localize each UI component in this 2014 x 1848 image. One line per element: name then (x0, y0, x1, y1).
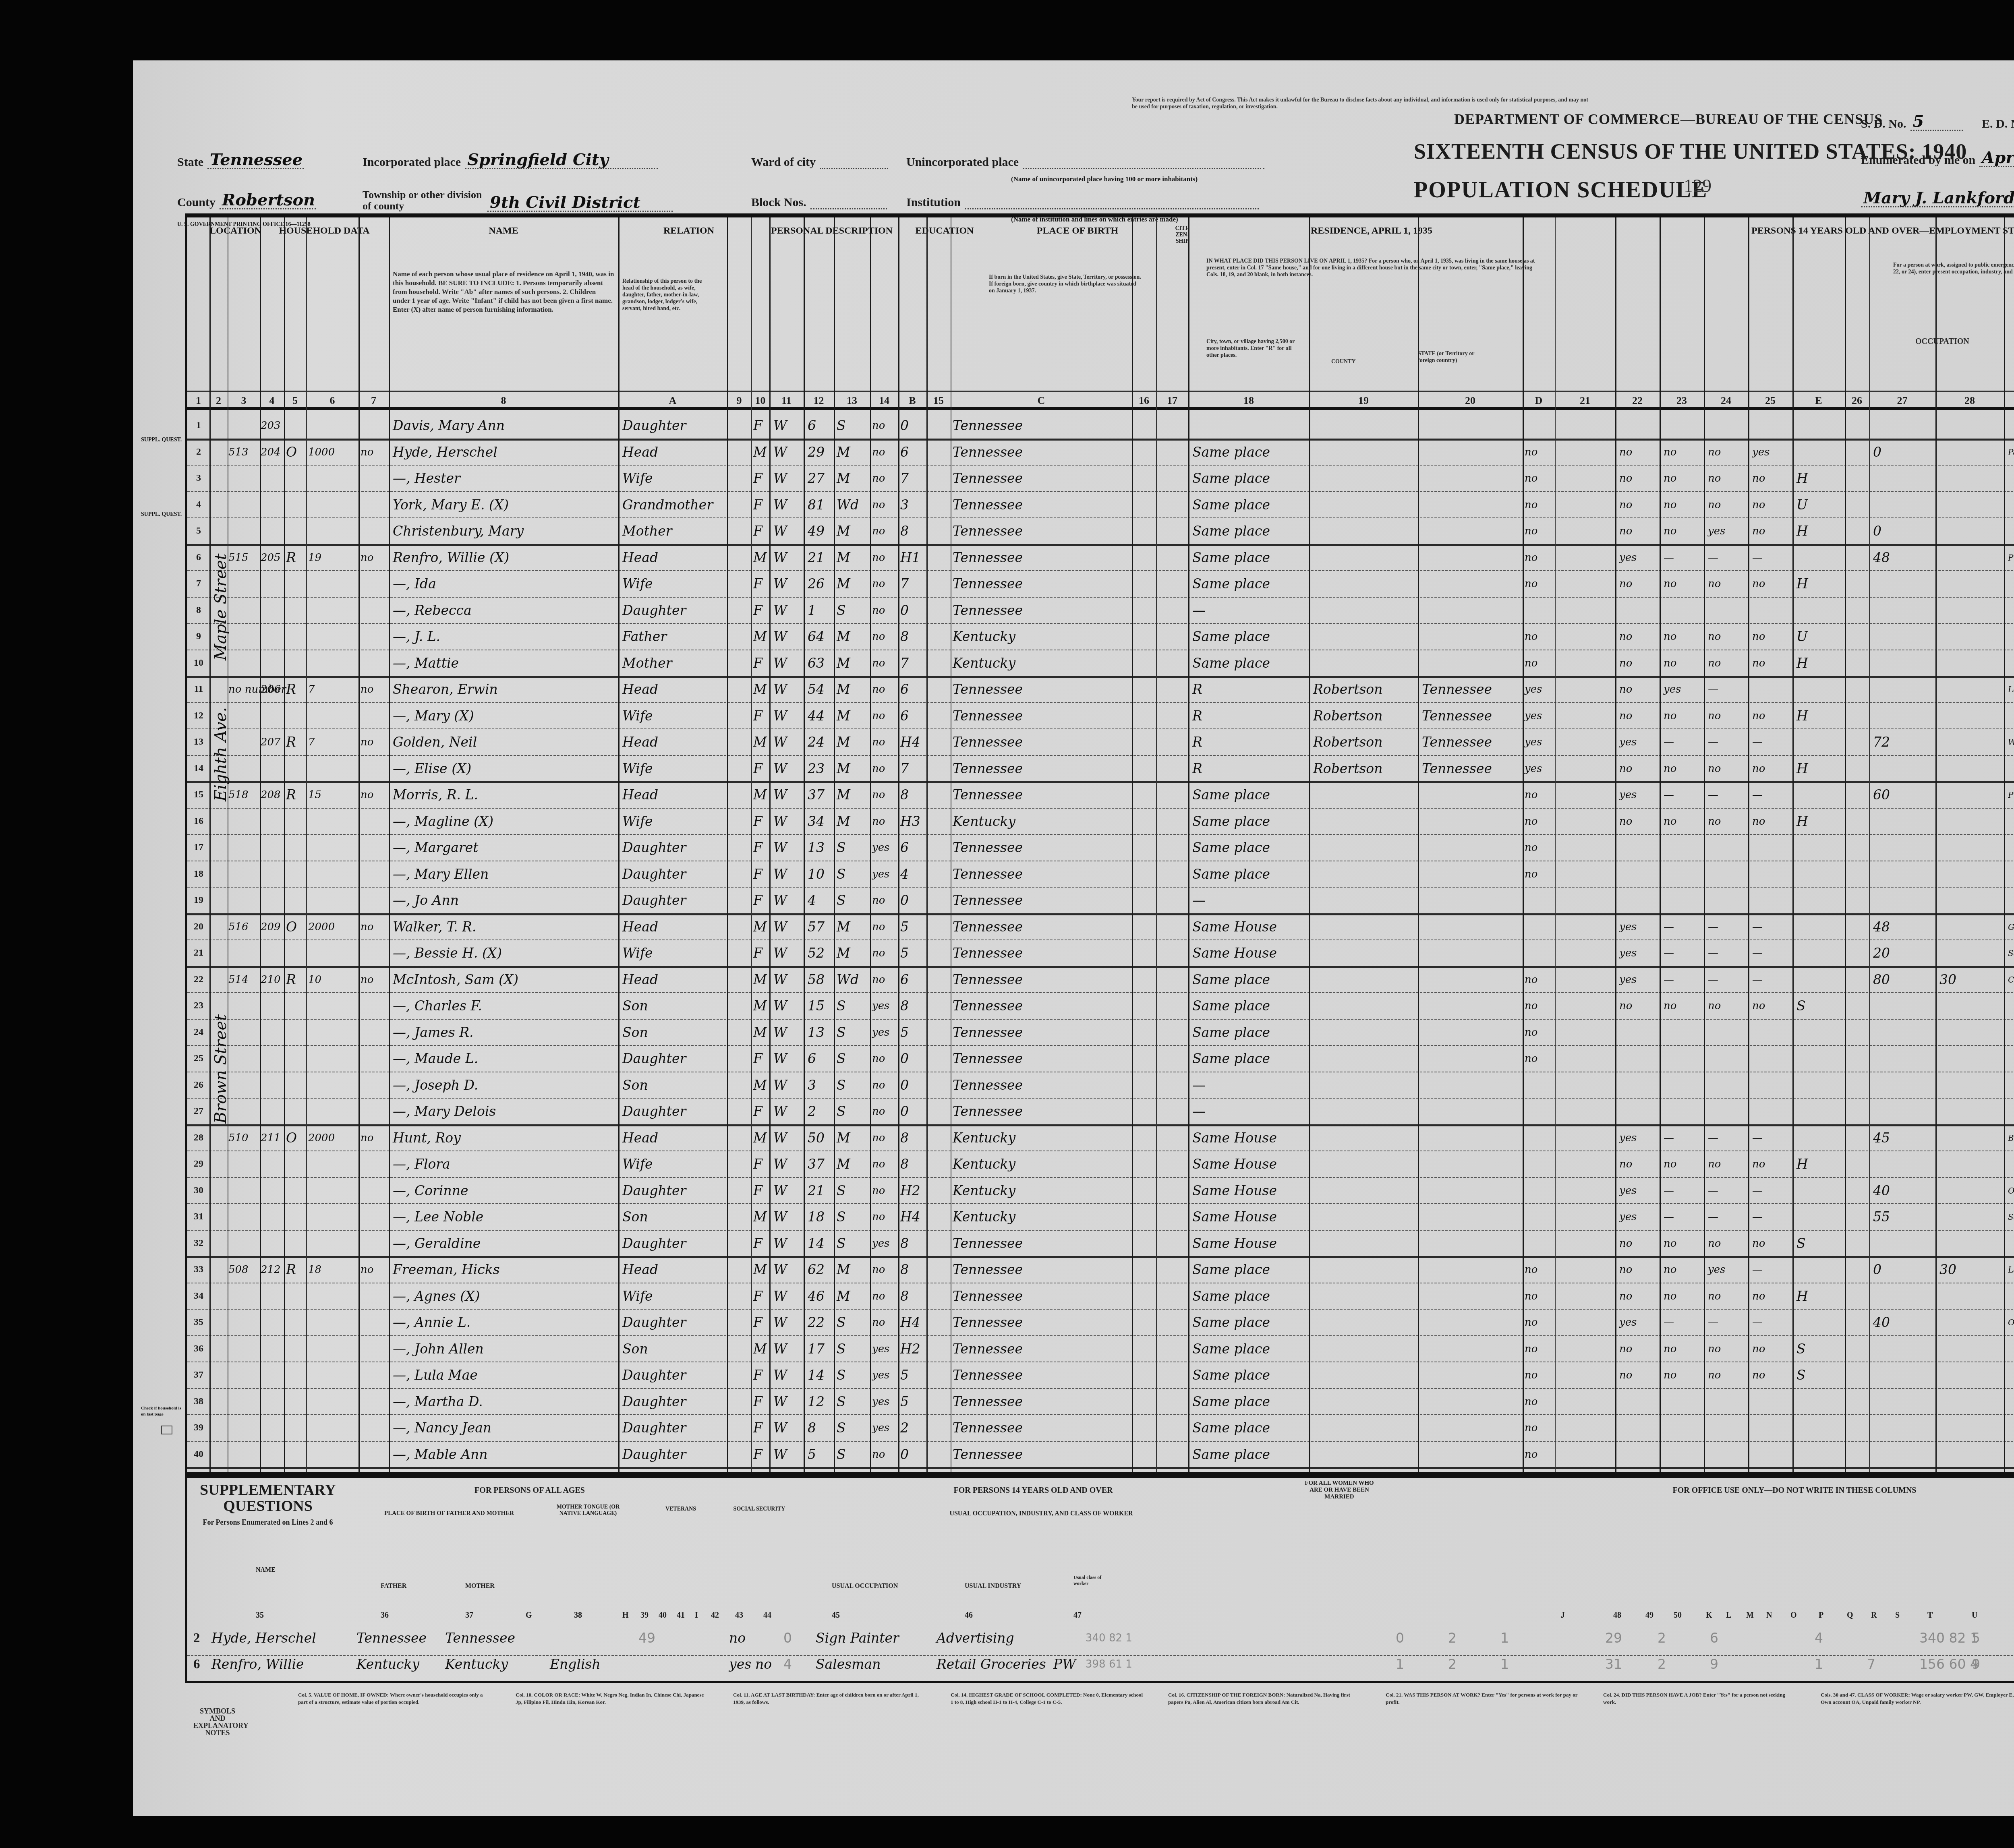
cell-emp-2[interactable]: — (1708, 1210, 1718, 1224)
cell-emp-2[interactable]: no (1708, 1342, 1721, 1356)
cell-r20[interactable]: no (1525, 1025, 1537, 1040)
cell-emp-4[interactable]: S (1796, 1236, 1806, 1251)
cell-res_county[interactable]: Robertson (1313, 682, 1382, 697)
cell-value[interactable]: 10 (308, 973, 321, 987)
cell-emp-1[interactable]: no (1664, 999, 1676, 1013)
cell-emp-0[interactable]: yes (1619, 920, 1637, 934)
cell-emp-2[interactable]: — (1708, 946, 1718, 960)
cell-name[interactable]: Shearon, Erwin (393, 682, 498, 697)
cell-age[interactable]: 26 (808, 577, 825, 591)
cell-birth[interactable]: Tennessee (953, 418, 1023, 433)
cell-birth[interactable]: Kentucky (953, 1157, 1015, 1171)
cell-grade[interactable]: H3 (900, 814, 920, 829)
cell-r20[interactable]: no (1525, 1421, 1537, 1435)
cell-emp-4[interactable]: H (1796, 1289, 1808, 1304)
cell-school[interactable]: yes (872, 1421, 889, 1435)
cell-emp-2[interactable]: no (1708, 656, 1721, 670)
cell-name[interactable]: —, Martha D. (393, 1395, 483, 1409)
cell-occ[interactable]: Operator (2008, 1315, 2014, 1330)
supp-cell-office-6[interactable]: 6 (1710, 1631, 1718, 1645)
cell-name[interactable]: —, Lee Noble (393, 1210, 483, 1224)
cell-grade[interactable]: 0 (900, 1447, 909, 1462)
cell-emp-0[interactable]: no (1619, 709, 1632, 723)
cell-emp-2[interactable]: no (1708, 577, 1721, 591)
cell-age[interactable]: 6 (808, 1051, 816, 1066)
cell-tenure[interactable]: R (286, 1262, 296, 1277)
cell-grade[interactable]: 6 (900, 682, 909, 697)
supp-cell-usual_occ[interactable]: Sign Painter (816, 1631, 899, 1645)
cell-age[interactable]: 54 (808, 682, 825, 697)
cell-r20[interactable]: no (1525, 629, 1537, 644)
state-field[interactable]: State Tennessee (177, 153, 304, 169)
cell-visit[interactable]: 207 (261, 735, 281, 749)
cell-res1935[interactable]: Same place (1192, 999, 1270, 1013)
cell-occ[interactable]: Garage Mechanic (2008, 920, 2014, 934)
cell-occ[interactable]: Saleslady (2008, 946, 2014, 960)
cell-race[interactable]: W (773, 946, 787, 960)
cell-sex[interactable]: F (753, 1315, 763, 1330)
supp-cell-usual_cls[interactable]: PW (1053, 1657, 1076, 1672)
cell-name[interactable]: Renfro, Willie (X) (393, 550, 509, 565)
cell-rel[interactable]: Daughter (622, 867, 686, 882)
cell-r20[interactable]: no (1525, 1051, 1537, 1066)
cell-grade[interactable]: 3 (900, 498, 909, 512)
cell-tenure[interactable]: O (286, 920, 297, 934)
cell-emp-4[interactable]: H (1796, 471, 1808, 486)
cell-emp-1[interactable]: no (1664, 629, 1676, 644)
cell-race[interactable]: W (773, 1447, 787, 1462)
cell-school[interactable]: no (872, 629, 885, 644)
cell-res1935[interactable]: Same place (1192, 1025, 1270, 1040)
cell-emp-2[interactable]: no (1708, 629, 1721, 644)
cell-res_state[interactable]: Tennessee (1422, 682, 1492, 697)
cell-race[interactable]: W (773, 629, 787, 644)
cell-grade[interactable]: 7 (900, 471, 909, 486)
cell-ms[interactable]: M (837, 788, 850, 802)
cell-sex[interactable]: F (753, 893, 763, 908)
cell-rel[interactable]: Mother (622, 524, 672, 538)
cell-name[interactable]: —, J. L. (393, 629, 440, 644)
cell-name[interactable]: Christenbury, Mary (393, 524, 524, 538)
cell-hours[interactable]: 0 (1873, 524, 1881, 538)
cell-ms[interactable]: S (837, 867, 846, 882)
enumeration-date-field[interactable]: Enumerated by me on April 10 1940. (1861, 151, 2014, 167)
cell-farm[interactable]: no (361, 682, 373, 697)
cell-emp-3[interactable]: — (1752, 946, 1763, 960)
cell-school[interactable]: no (872, 920, 885, 934)
cell-sex[interactable]: M (753, 1131, 767, 1145)
cell-emp-1[interactable]: — (1664, 1210, 1674, 1224)
cell-race[interactable]: W (773, 1368, 787, 1382)
cell-rel[interactable]: Head (622, 735, 658, 749)
cell-grade[interactable]: 5 (900, 1025, 909, 1040)
cell-race[interactable]: W (773, 498, 787, 512)
cell-ms[interactable]: M (837, 814, 850, 829)
cell-r20[interactable]: no (1525, 656, 1537, 670)
cell-school[interactable]: no (872, 524, 885, 538)
unincorporated-place-field[interactable]: Unincorporated place (906, 153, 1264, 169)
cell-name[interactable]: —, Jo Ann (393, 893, 459, 908)
cell-emp-1[interactable]: no (1664, 577, 1676, 591)
supp-cell-code[interactable]: 340 82 1 (1086, 1631, 1132, 1645)
cell-race[interactable]: W (773, 550, 787, 565)
supp-cell-name[interactable]: Hyde, Herschel (211, 1631, 316, 1645)
cell-r20[interactable]: no (1525, 1289, 1537, 1304)
cell-sex[interactable]: F (753, 1051, 763, 1066)
cell-sex[interactable]: F (753, 867, 763, 882)
cell-race[interactable]: W (773, 762, 787, 776)
cell-rel[interactable]: Daughter (622, 1395, 686, 1409)
cell-res1935[interactable]: Same place (1192, 577, 1270, 591)
cell-r20[interactable]: no (1525, 1262, 1537, 1277)
cell-visit[interactable]: 204 (261, 445, 281, 459)
cell-emp-1[interactable]: — (1664, 550, 1674, 565)
cell-emp-1[interactable]: no (1664, 1157, 1676, 1171)
cell-school[interactable]: no (872, 418, 885, 433)
cell-rel[interactable]: Son (622, 999, 648, 1013)
cell-school[interactable]: no (872, 1104, 885, 1119)
cell-birth[interactable]: Tennessee (953, 1342, 1023, 1356)
cell-res1935[interactable]: R (1192, 682, 1202, 697)
cell-emp-0[interactable]: no (1619, 762, 1632, 776)
cell-res1935[interactable]: Same House (1192, 1236, 1277, 1251)
cell-emp-4[interactable]: H (1796, 762, 1808, 776)
cell-age[interactable]: 37 (808, 788, 825, 802)
cell-emp-0[interactable]: no (1619, 524, 1632, 538)
cell-res1935[interactable]: Same place (1192, 788, 1270, 802)
cell-hours[interactable]: 40 (1873, 1315, 1890, 1330)
cell-race[interactable]: W (773, 603, 787, 618)
cell-hours[interactable]: 40 (1873, 1184, 1890, 1198)
cell-rel[interactable]: Daughter (622, 893, 686, 908)
cell-birth[interactable]: Tennessee (953, 946, 1023, 960)
cell-res1935[interactable]: Same place (1192, 471, 1270, 486)
cell-visit[interactable]: 211 (261, 1131, 281, 1145)
cell-r20[interactable]: no (1525, 1315, 1537, 1330)
cell-birth[interactable]: Tennessee (953, 1025, 1023, 1040)
cell-r20[interactable]: no (1525, 577, 1537, 591)
cell-birth[interactable]: Tennessee (953, 788, 1023, 802)
cell-sex[interactable]: M (753, 682, 767, 697)
cell-ms[interactable]: S (837, 1236, 846, 1251)
cell-emp-2[interactable]: — (1708, 1184, 1718, 1198)
cell-ms[interactable]: M (837, 471, 850, 486)
cell-rel[interactable]: Daughter (622, 1184, 686, 1198)
cell-emp-3[interactable]: — (1752, 1262, 1763, 1277)
cell-birth[interactable]: Kentucky (953, 656, 1015, 670)
cell-grade[interactable]: H4 (900, 1315, 920, 1330)
cell-emp-0[interactable]: no (1619, 1157, 1632, 1171)
cell-rel[interactable]: Son (622, 1342, 648, 1356)
cell-emp-1[interactable]: no (1664, 656, 1676, 670)
cell-visit[interactable]: 210 (261, 973, 281, 987)
cell-r20[interactable]: yes (1525, 709, 1542, 723)
cell-emp-3[interactable]: — (1752, 735, 1763, 749)
cell-ms[interactable]: M (837, 445, 850, 459)
cell-res1935[interactable]: Same place (1192, 1368, 1270, 1382)
cell-house[interactable]: 518 (228, 788, 249, 802)
cell-grade[interactable]: 6 (900, 840, 909, 855)
cell-emp-0[interactable]: yes (1619, 973, 1637, 987)
cell-age[interactable]: 44 (808, 709, 825, 723)
cell-emp-3[interactable]: no (1752, 814, 1765, 829)
cell-emp-1[interactable]: no (1664, 709, 1676, 723)
cell-emp-3[interactable]: no (1752, 629, 1765, 644)
cell-age[interactable]: 64 (808, 629, 825, 644)
supp-cell-office-11[interactable]: 5 (1972, 1631, 1980, 1645)
cell-hours[interactable]: 60 (1873, 788, 1890, 802)
cell-r20[interactable]: yes (1525, 762, 1542, 776)
cell-school[interactable]: yes (872, 999, 889, 1013)
cell-r20[interactable]: no (1525, 498, 1537, 512)
cell-age[interactable]: 2 (808, 1104, 816, 1119)
cell-school[interactable]: yes (872, 1342, 889, 1356)
cell-emp-3[interactable]: — (1752, 788, 1763, 802)
cell-school[interactable]: no (872, 656, 885, 670)
cell-name[interactable]: —, Annie L. (393, 1315, 470, 1330)
cell-race[interactable]: W (773, 524, 787, 538)
cell-school[interactable]: no (872, 893, 885, 908)
cell-birth[interactable]: Tennessee (953, 577, 1023, 591)
cell-name[interactable]: —, Hester (393, 471, 460, 486)
cell-grade[interactable]: 7 (900, 577, 909, 591)
cell-birth[interactable]: Tennessee (953, 973, 1023, 987)
cell-emp-3[interactable]: no (1752, 524, 1765, 538)
cell-sex[interactable]: F (753, 1184, 763, 1198)
cell-birth[interactable]: Tennessee (953, 920, 1023, 934)
cell-race[interactable]: W (773, 893, 787, 908)
cell-rel[interactable]: Mother (622, 656, 672, 670)
cell-grade[interactable]: 8 (900, 1131, 909, 1145)
cell-school[interactable]: no (872, 814, 885, 829)
cell-birth[interactable]: Tennessee (953, 1447, 1023, 1462)
cell-ms[interactable]: M (837, 1131, 850, 1145)
cell-house[interactable]: 515 (228, 550, 249, 565)
cell-res1935[interactable]: Same House (1192, 1210, 1277, 1224)
cell-emp-4[interactable]: H (1796, 709, 1808, 723)
cell-hours[interactable]: 20 (1873, 946, 1890, 960)
cell-grade[interactable]: 0 (900, 418, 909, 433)
cell-emp-1[interactable]: — (1664, 735, 1674, 749)
cell-res_county[interactable]: Robertson (1313, 735, 1382, 749)
cell-emp-1[interactable]: no (1664, 445, 1676, 459)
cell-name[interactable]: Hyde, Herschel (393, 445, 497, 459)
cell-sex[interactable]: M (753, 788, 767, 802)
cell-emp-1[interactable]: — (1664, 1184, 1674, 1198)
cell-grade[interactable]: 4 (900, 867, 909, 882)
cell-birth[interactable]: Tennessee (953, 840, 1023, 855)
cell-ms[interactable]: Wd (837, 498, 859, 512)
cell-rel[interactable]: Wife (622, 471, 653, 486)
supp-cell-office-2[interactable]: 1 (1500, 1657, 1509, 1672)
cell-r20[interactable]: no (1525, 1395, 1537, 1409)
cell-emp-4[interactable]: U (1796, 629, 1808, 644)
cell-occ[interactable]: Proprietor (2008, 788, 2014, 802)
cell-emp-2[interactable]: — (1708, 1131, 1718, 1145)
supp-cell-usual_occ[interactable]: Salesman (816, 1657, 881, 1672)
cell-tenure[interactable]: R (286, 550, 296, 565)
cell-age[interactable]: 24 (808, 735, 825, 749)
cell-sex[interactable]: M (753, 920, 767, 934)
cell-grade[interactable]: H2 (900, 1184, 920, 1198)
supp-cell-ss1[interactable]: yes (729, 1657, 751, 1672)
cell-age[interactable]: 52 (808, 946, 825, 960)
cell-age[interactable]: 15 (808, 999, 825, 1013)
cell-grade[interactable]: 6 (900, 973, 909, 987)
cell-emp-3[interactable]: no (1752, 1157, 1765, 1171)
cell-grade[interactable]: 5 (900, 1395, 909, 1409)
cell-rel[interactable]: Wife (622, 709, 653, 723)
cell-school[interactable]: no (872, 1210, 885, 1224)
cell-r20[interactable]: no (1525, 840, 1537, 855)
cell-sex[interactable]: F (753, 577, 763, 591)
cell-race[interactable]: W (773, 445, 787, 459)
cell-emp-4[interactable]: S (1796, 999, 1806, 1013)
cell-grade[interactable]: 8 (900, 1262, 909, 1277)
cell-race[interactable]: W (773, 1184, 787, 1198)
cell-ms[interactable]: M (837, 946, 850, 960)
cell-hours[interactable]: 48 (1873, 920, 1890, 934)
cell-race[interactable]: W (773, 1262, 787, 1277)
cell-rel[interactable]: Daughter (622, 1447, 686, 1462)
cell-emp-2[interactable]: — (1708, 973, 1718, 987)
cell-school[interactable]: no (872, 762, 885, 776)
cell-age[interactable]: 13 (808, 1025, 825, 1040)
cell-sex[interactable]: F (753, 471, 763, 486)
cell-res1935[interactable]: R (1192, 735, 1202, 749)
cell-ms[interactable]: M (837, 1289, 850, 1304)
cell-emp-2[interactable]: no (1708, 1236, 1721, 1251)
cell-ms[interactable]: S (837, 1184, 846, 1198)
cell-grade[interactable]: 6 (900, 445, 909, 459)
cell-sex[interactable]: M (753, 629, 767, 644)
cell-sex[interactable]: F (753, 709, 763, 723)
cell-race[interactable]: W (773, 1025, 787, 1040)
cell-res1935[interactable]: Same place (1192, 973, 1270, 987)
cell-res1935[interactable]: Same place (1192, 1342, 1270, 1356)
cell-emp-4[interactable]: H (1796, 814, 1808, 829)
cell-race[interactable]: W (773, 1078, 787, 1093)
cell-ms[interactable]: S (837, 1315, 846, 1330)
supp-cell-ss3[interactable]: 0 (783, 1631, 792, 1645)
cell-race[interactable]: W (773, 1051, 787, 1066)
cell-emp-2[interactable]: no (1708, 709, 1721, 723)
cell-sex[interactable]: M (753, 1210, 767, 1224)
cell-school[interactable]: no (872, 709, 885, 723)
cell-ms[interactable]: S (837, 1421, 846, 1435)
cell-name[interactable]: —, Magline (X) (393, 814, 493, 829)
cell-rel[interactable]: Son (622, 1078, 648, 1093)
cell-school[interactable]: yes (872, 1368, 889, 1382)
cell-value[interactable]: 1000 (308, 445, 335, 459)
cell-sex[interactable]: M (753, 999, 767, 1013)
cell-age[interactable]: 8 (808, 1421, 816, 1435)
cell-emp-1[interactable]: no (1664, 1368, 1676, 1382)
cell-age[interactable]: 63 (808, 656, 825, 670)
last-page-checkbox[interactable] (161, 1426, 172, 1434)
cell-res1935[interactable]: — (1192, 893, 1206, 908)
cell-emp-0[interactable]: no (1619, 1342, 1632, 1356)
supp-cell-office-2[interactable]: 1 (1500, 1631, 1509, 1645)
cell-emp-3[interactable]: no (1752, 656, 1765, 670)
cell-school[interactable]: no (872, 973, 885, 987)
cell-name[interactable]: Freeman, Hicks (393, 1262, 500, 1277)
cell-ms[interactable]: S (837, 1368, 846, 1382)
cell-res1935[interactable]: Same place (1192, 814, 1270, 829)
cell-birth[interactable]: Kentucky (953, 814, 1015, 829)
cell-age[interactable]: 27 (808, 471, 825, 486)
cell-birth[interactable]: Tennessee (953, 893, 1023, 908)
supp-cell-office-9[interactable]: 7 (1867, 1657, 1875, 1672)
cell-res1935[interactable]: Same place (1192, 498, 1270, 512)
cell-birth[interactable]: Tennessee (953, 471, 1023, 486)
cell-emp-0[interactable]: no (1619, 471, 1632, 486)
cell-sex[interactable]: M (753, 735, 767, 749)
supp-cell-office-6[interactable]: 9 (1710, 1657, 1718, 1672)
cell-emp-1[interactable]: no (1664, 498, 1676, 512)
cell-school[interactable]: no (872, 682, 885, 697)
cell-grade[interactable]: 5 (900, 920, 909, 934)
cell-age[interactable]: 37 (808, 1157, 825, 1171)
cell-name[interactable]: —, Margaret (393, 840, 479, 855)
cell-emp-2[interactable]: — (1708, 550, 1718, 565)
cell-name[interactable]: —, Elise (X) (393, 762, 471, 776)
cell-res1935[interactable]: Same place (1192, 1289, 1270, 1304)
cell-emp-1[interactable]: no (1664, 762, 1676, 776)
cell-sex[interactable]: F (753, 814, 763, 829)
supp-cell-usual_ind[interactable]: Advertising (937, 1631, 1014, 1645)
cell-emp-3[interactable]: no (1752, 1342, 1765, 1356)
supp-cell-mother[interactable]: Kentucky (445, 1657, 508, 1672)
cell-emp-0[interactable]: no (1619, 629, 1632, 644)
cell-rel[interactable]: Wife (622, 814, 653, 829)
ed-field[interactable]: E. D. No. 74-10 (1982, 115, 2014, 131)
cell-grade[interactable]: 8 (900, 1236, 909, 1251)
cell-emp-0[interactable]: yes (1619, 946, 1637, 960)
cell-sex[interactable]: F (753, 524, 763, 538)
cell-ms[interactable]: M (837, 762, 850, 776)
cell-r20[interactable]: no (1525, 1447, 1537, 1462)
cell-birth[interactable]: Tennessee (953, 709, 1023, 723)
cell-r20[interactable]: no (1525, 867, 1537, 882)
cell-ms[interactable]: S (837, 1104, 846, 1119)
cell-hours[interactable]: 0 (1873, 445, 1881, 459)
cell-race[interactable]: W (773, 973, 787, 987)
cell-value[interactable]: 19 (308, 550, 321, 565)
cell-school[interactable]: no (872, 788, 885, 802)
cell-emp-0[interactable]: yes (1619, 1184, 1637, 1198)
cell-emp-1[interactable]: no (1664, 1262, 1676, 1277)
supp-cell-father[interactable]: Tennessee (356, 1631, 427, 1645)
cell-emp-2[interactable]: — (1708, 682, 1718, 697)
supp-cell-name[interactable]: Renfro, Willie (211, 1657, 304, 1672)
cell-rel[interactable]: Wife (622, 1157, 653, 1171)
cell-name[interactable]: —, Mary (X) (393, 709, 474, 723)
cell-sex[interactable]: F (753, 1104, 763, 1119)
cell-sex[interactable]: F (753, 1157, 763, 1171)
cell-farm[interactable]: no (361, 788, 373, 802)
cell-sex[interactable]: M (753, 550, 767, 565)
cell-school[interactable]: yes (872, 867, 889, 882)
cell-r20[interactable]: no (1525, 1342, 1537, 1356)
cell-age[interactable]: 49 (808, 524, 825, 538)
cell-emp-0[interactable]: yes (1619, 1210, 1637, 1224)
cell-grade[interactable]: 5 (900, 1368, 909, 1382)
cell-res1935[interactable]: R (1192, 709, 1202, 723)
cell-birth[interactable]: Tennessee (953, 867, 1023, 882)
cell-emp-3[interactable]: no (1752, 1236, 1765, 1251)
cell-grade[interactable]: H4 (900, 735, 920, 749)
